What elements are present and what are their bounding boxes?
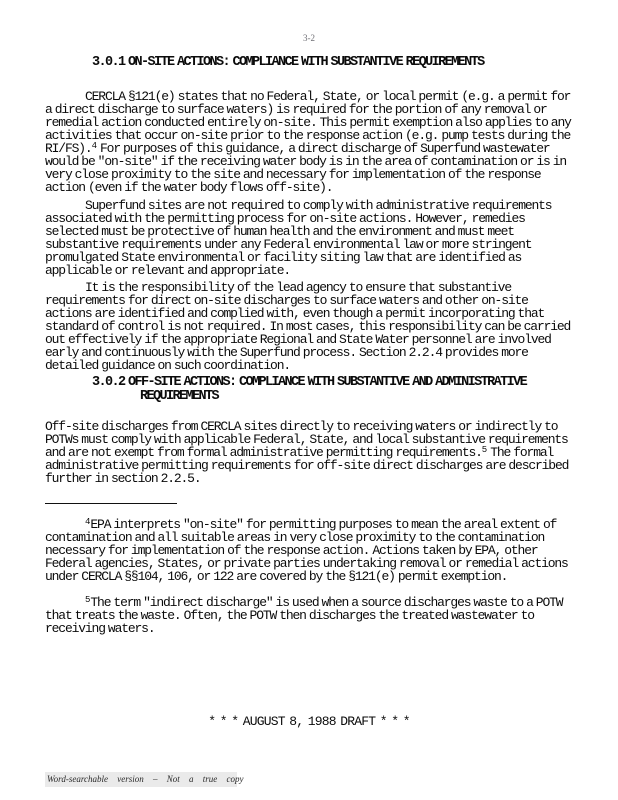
paragraph-substantive-requirements: Superfund sites are not required to comp… bbox=[45, 199, 577, 277]
paragraph-permit-exemption: CERCLA §121(e) states that no Federal, S… bbox=[45, 90, 577, 194]
section-heading-onsite-actions: 3.0.1 ON-SITE ACTIONS: COMPLIANCE WITH S… bbox=[45, 56, 577, 70]
footnote-separator-rule bbox=[45, 503, 177, 504]
paragraph-lead-agency-responsibility: It is the responsibility of the lead age… bbox=[45, 281, 577, 372]
section-heading-offsite-actions: 3.0.2 OFF-SITE ACTIONS: COMPLIANCE WITH … bbox=[45, 376, 577, 404]
draft-date-stamp: * * * AUGUST 8, 1988 DRAFT * * * bbox=[0, 714, 618, 729]
footnote-5: 5The term "indirect discharge" is used w… bbox=[45, 596, 577, 635]
page-number: 3-2 bbox=[0, 33, 618, 43]
word-searchable-watermark: Word-searchable version – Not a true cop… bbox=[45, 772, 237, 787]
document-page: 3-2 3.0.1 ON-SITE ACTIONS: COMPLIANCE WI… bbox=[0, 0, 618, 800]
paragraph-offsite-discharges: Off-site discharges from CERCLA sites di… bbox=[45, 420, 577, 485]
footnote-4: 4EPA interprets "on-site" for permitting… bbox=[45, 518, 577, 583]
